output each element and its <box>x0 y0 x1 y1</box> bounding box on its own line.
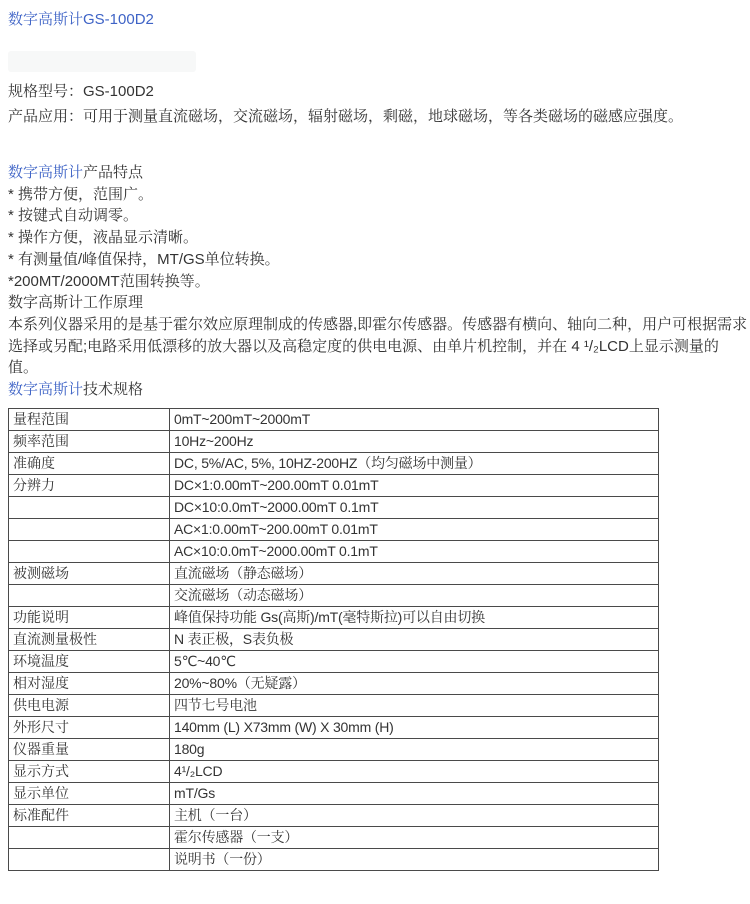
spec-row: 直流测量极性N 表正极，S表负极 <box>9 628 659 650</box>
spec-label: 显示方式 <box>9 760 170 782</box>
specs-header-link[interactable]: 数字高斯计 <box>8 381 83 398</box>
spec-label: 仪器重量 <box>9 738 170 760</box>
spec-row: 功能说明峰值保持功能 Gs(高斯)/mT(毫特斯拉)可以自由切换 <box>9 606 659 628</box>
spec-label: 功能说明 <box>9 606 170 628</box>
spec-row: 标准配件主机（一台） <box>9 804 659 826</box>
spec-value: 峰值保持功能 Gs(高斯)/mT(毫特斯拉)可以自由切换 <box>170 606 659 628</box>
principle-header: 数字高斯计工作原理 <box>8 292 742 314</box>
spec-label <box>9 826 170 848</box>
spec-row: 量程范围0mT~200mT~2000mT <box>9 408 659 430</box>
application-line: 产品应用：可用于测量直流磁场，交流磁场，辐射磁场，剩磁，地球磁场，等各类磁场的磁… <box>8 104 742 129</box>
features-header-link[interactable]: 数字高斯计 <box>8 164 83 181</box>
spec-model-line: 规格型号：GS-100D2 <box>8 79 742 104</box>
spec-label <box>9 848 170 870</box>
product-body: 数字高斯计产品特点 * 携带方便，范围广。 * 按键式自动调零。 * 操作方便，… <box>8 162 742 401</box>
product-meta: 规格型号：GS-100D2 产品应用：可用于测量直流磁场，交流磁场，辐射磁场，剩… <box>8 79 742 129</box>
spec-value: N 表正极，S表负极 <box>170 628 659 650</box>
spec-value: DC×10:0.0mT~2000.00mT 0.1mT <box>170 496 659 518</box>
spec-label <box>9 584 170 606</box>
spec-value: 交流磁场（动态磁场） <box>170 584 659 606</box>
spec-row: 环境温度5℃~40℃ <box>9 650 659 672</box>
spec-row: 分辨力DC×1:0.00mT~200.00mT 0.01mT <box>9 474 659 496</box>
spec-row: 频率范围10Hz~200Hz <box>9 430 659 452</box>
spec-row: 外形尺寸140mm (L) X73mm (W) X 30mm (H) <box>9 716 659 738</box>
spec-row: DC×10:0.0mT~2000.00mT 0.1mT <box>9 496 659 518</box>
spec-value: AC×1:0.00mT~200.00mT 0.01mT <box>170 518 659 540</box>
spec-value: 10Hz~200Hz <box>170 430 659 452</box>
feature-item: * 操作方便，液晶显示清晰。 <box>8 227 742 249</box>
features-header: 数字高斯计产品特点 <box>8 162 742 184</box>
spec-label: 供电电源 <box>9 694 170 716</box>
spec-label: 被测磁场 <box>9 562 170 584</box>
spec-value: 说明书（一份） <box>170 848 659 870</box>
spec-label: 频率范围 <box>9 430 170 452</box>
spec-value: 20%~80%（无疑露） <box>170 672 659 694</box>
features-header-rest: 产品特点 <box>83 164 143 181</box>
spec-table: 量程范围0mT~200mT~2000mT频率范围10Hz~200Hz准确度DC,… <box>8 408 659 871</box>
product-spec-page: 数字高斯计GS-100D2 规格型号：GS-100D2 产品应用：可用于测量直流… <box>0 0 750 871</box>
spec-value: 主机（一台） <box>170 804 659 826</box>
spec-value: 5℃~40℃ <box>170 650 659 672</box>
principle-body: 本系列仪器采用的是基于霍尔效应原理制成的传感器,即霍尔传感器。传感器有横向、轴向… <box>8 314 748 379</box>
spec-row: 准确度DC, 5%/AC, 5%, 10HZ-200HZ（均匀磁场中测量） <box>9 452 659 474</box>
specs-header: 数字高斯计技术规格 <box>8 379 742 401</box>
spec-row: 显示单位mT/Gs <box>9 782 659 804</box>
spec-label: 量程范围 <box>9 408 170 430</box>
spec-value: mT/Gs <box>170 782 659 804</box>
spec-value: 霍尔传感器（一支） <box>170 826 659 848</box>
spec-label: 环境温度 <box>9 650 170 672</box>
spec-label <box>9 496 170 518</box>
spec-value: 四节七号电池 <box>170 694 659 716</box>
spec-row: 霍尔传感器（一支） <box>9 826 659 848</box>
spec-label <box>9 540 170 562</box>
spec-label <box>9 518 170 540</box>
spec-row: 说明书（一份） <box>9 848 659 870</box>
spec-row: 相对湿度20%~80%（无疑露） <box>9 672 659 694</box>
spec-label: 直流测量极性 <box>9 628 170 650</box>
spec-row: 供电电源四节七号电池 <box>9 694 659 716</box>
spec-label: 分辨力 <box>9 474 170 496</box>
spec-value: AC×10:0.0mT~2000.00mT 0.1mT <box>170 540 659 562</box>
spec-label: 准确度 <box>9 452 170 474</box>
spec-label: 显示单位 <box>9 782 170 804</box>
spec-table-body: 量程范围0mT~200mT~2000mT频率范围10Hz~200Hz准确度DC,… <box>9 408 659 870</box>
spec-row: AC×1:0.00mT~200.00mT 0.01mT <box>9 518 659 540</box>
spec-label: 相对湿度 <box>9 672 170 694</box>
feature-item: * 携带方便，范围广。 <box>8 184 742 206</box>
spec-label: 外形尺寸 <box>9 716 170 738</box>
faded-image-placeholder <box>8 51 196 72</box>
spec-row: 仪器重量180g <box>9 738 659 760</box>
spec-value: 直流磁场（静态磁场） <box>170 562 659 584</box>
feature-item: *200MT/2000MT范围转换等。 <box>8 271 742 293</box>
spec-value: 0mT~200mT~2000mT <box>170 408 659 430</box>
spec-value: DC×1:0.00mT~200.00mT 0.01mT <box>170 474 659 496</box>
feature-item: * 按键式自动调零。 <box>8 205 742 227</box>
page-title: 数字高斯计GS-100D2 <box>8 12 742 28</box>
spec-row: AC×10:0.0mT~2000.00mT 0.1mT <box>9 540 659 562</box>
feature-item: * 有测量值/峰值保持，MT/GS单位转换。 <box>8 249 742 271</box>
spec-row: 显示方式4¹/₂LCD <box>9 760 659 782</box>
spec-value: 180g <box>170 738 659 760</box>
spec-row: 被测磁场直流磁场（静态磁场） <box>9 562 659 584</box>
product-title-link[interactable]: 数字高斯计GS-100D2 <box>8 11 154 28</box>
specs-header-rest: 技术规格 <box>83 381 143 398</box>
spec-label: 标准配件 <box>9 804 170 826</box>
spec-value: 4¹/₂LCD <box>170 760 659 782</box>
spec-value: DC, 5%/AC, 5%, 10HZ-200HZ（均匀磁场中测量） <box>170 452 659 474</box>
spec-row: 交流磁场（动态磁场） <box>9 584 659 606</box>
spec-value: 140mm (L) X73mm (W) X 30mm (H) <box>170 716 659 738</box>
